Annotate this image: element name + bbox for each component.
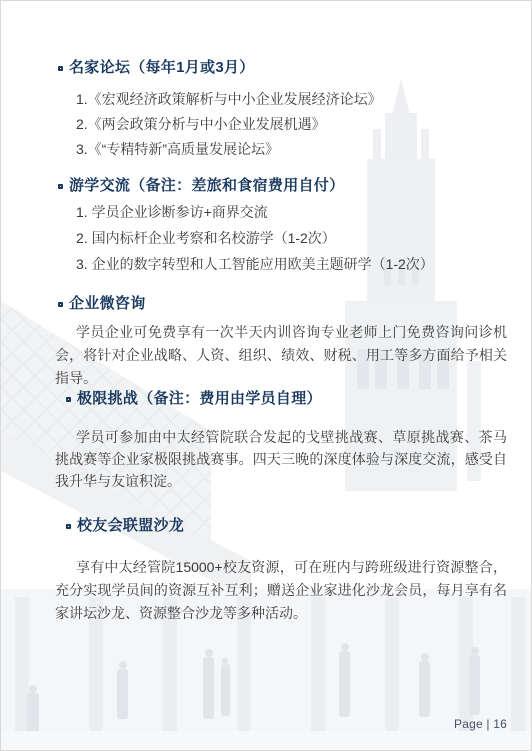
section-paragraph: 享有中太经管院15000+校友资源，可在班内与跨班级进行资源整合，充分实现学员间… (55, 556, 507, 625)
square-bullet-icon (66, 397, 71, 402)
section-title: 游学交流（备注：差旅和食宿费用自付） (69, 176, 344, 196)
section-heading-alumni-salon: 校友会联盟沙龙 (66, 516, 184, 536)
page-number: Page | 16 (454, 717, 507, 731)
section-title: 名家论坛（每年1月或3月） (69, 58, 255, 78)
square-bullet-icon (58, 66, 63, 71)
study-tour-list: 1. 学员企业诊断参访+商界交流 2. 国内标杆企业考察和名校游学（1-2次） … (76, 199, 434, 277)
document-page: 名家论坛（每年1月或3月） 1.《宏观经济政策解析与中小企业发展经济论坛》 2.… (0, 0, 532, 751)
list-item: 2.《两会政策分析与中小企业发展机遇》 (76, 112, 382, 137)
section-heading-micro-consulting: 企业微咨询 (58, 294, 146, 314)
expert-forum-list: 1.《宏观经济政策解析与中小企业发展经济论坛》 2.《两会政策分析与中小企业发展… (76, 87, 382, 162)
section-title: 企业微咨询 (69, 294, 146, 314)
list-item: 1.《宏观经济政策解析与中小企业发展经济论坛》 (76, 87, 382, 112)
list-item: 2. 国内标杆企业考察和名校游学（1-2次） (76, 225, 434, 251)
square-bullet-icon (66, 524, 71, 529)
page-content: 名家论坛（每年1月或3月） 1.《宏观经济政策解析与中小企业发展经济论坛》 2.… (1, 1, 532, 751)
list-item: 1. 学员企业诊断参访+商界交流 (76, 199, 434, 225)
list-item: 3.《“专精特新”高质量发展论坛》 (76, 137, 382, 162)
section-heading-expert-forum: 名家论坛（每年1月或3月） (58, 58, 255, 78)
square-bullet-icon (58, 184, 63, 189)
list-item: 3. 企业的数字转型和人工智能应用欧美主题研学（1-2次） (76, 251, 434, 277)
section-heading-study-tour: 游学交流（备注：差旅和食宿费用自付） (58, 176, 344, 196)
section-paragraph: 学员可参加由中太经管院联合发起的戈壁挑战赛、草原挑战赛、茶马挑战赛等企业家极限挑… (55, 426, 507, 492)
square-bullet-icon (58, 302, 63, 307)
section-paragraph: 学员企业可免费享有一次半天内训咨询专业老师上门免费咨询问诊机会，将针对企业战略、… (55, 321, 507, 390)
section-title: 极限挑战（备注：费用由学员自理） (77, 389, 322, 409)
section-heading-extreme-challenge: 极限挑战（备注：费用由学员自理） (66, 389, 322, 409)
section-title: 校友会联盟沙龙 (77, 516, 184, 536)
